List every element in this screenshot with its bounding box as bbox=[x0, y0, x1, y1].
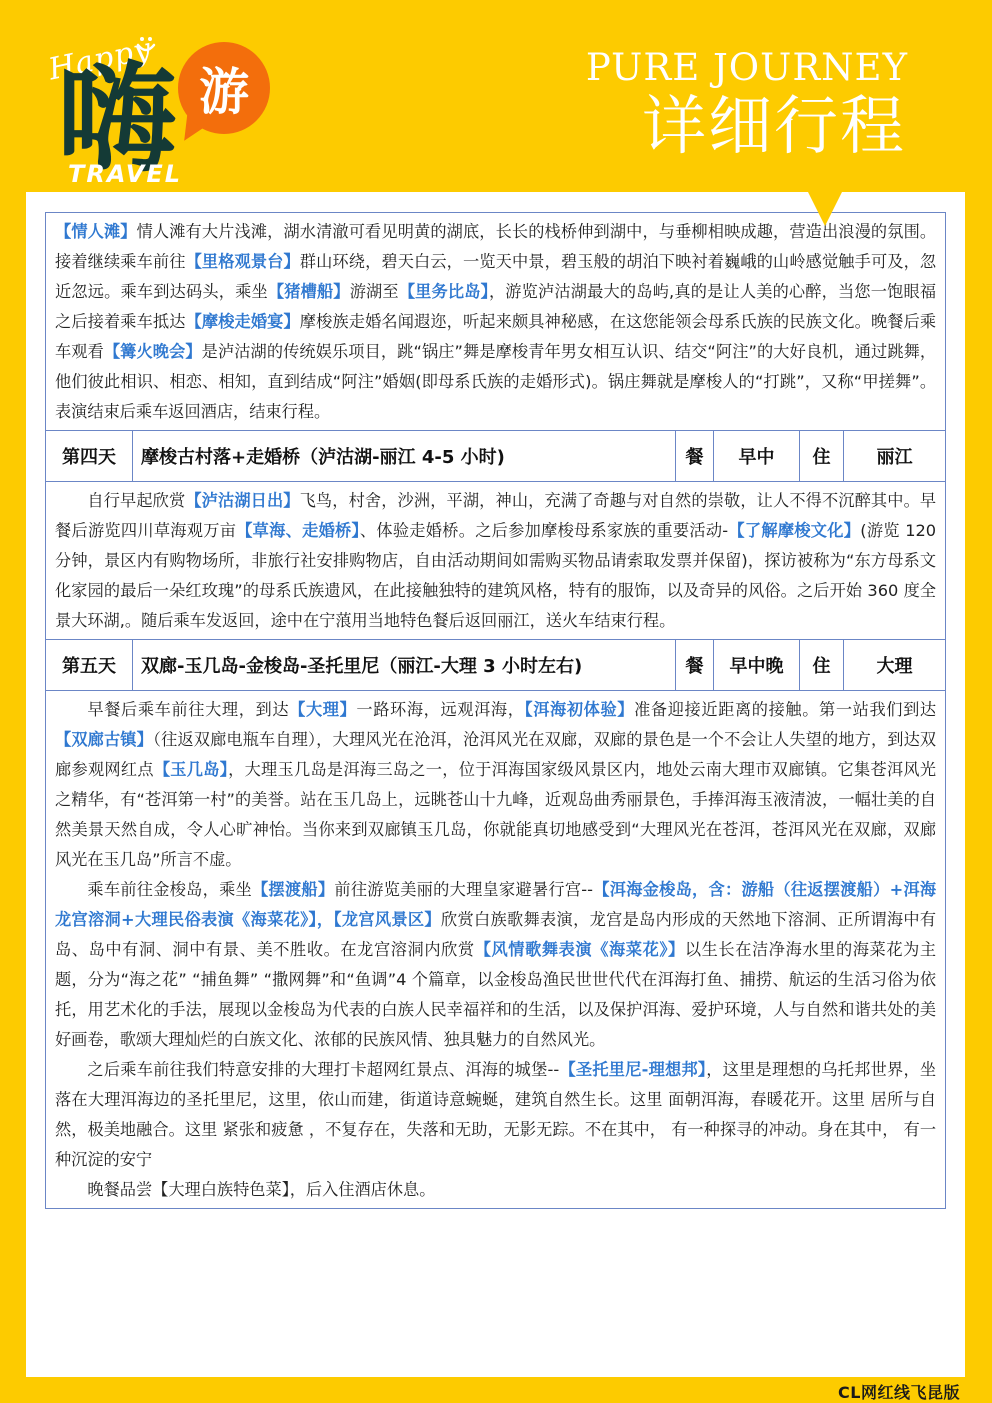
page-title: 详细行程 bbox=[642, 92, 906, 162]
day3-description-row: 【情人滩】情人滩有大片浅滩，湖水清澈可看见明黄的湖底，长长的栈桥伸到湖中，与垂柳… bbox=[46, 213, 946, 431]
day-label: 第五天 bbox=[46, 640, 133, 691]
highlight-attraction: 【泸沽湖日出】 bbox=[185, 491, 299, 510]
meal-label: 餐 bbox=[676, 431, 714, 482]
paragraph: 自行早起欣赏【泸沽湖日出】飞鸟，村舍，沙洲，平湖，神山，充满了奇趣与对自然的崇敬… bbox=[55, 486, 936, 636]
highlight-attraction: 【风情歌舞表演《海菜花》】 bbox=[475, 940, 685, 959]
itinerary-table: 【情人滩】情人滩有大片浅滩，湖水清澈可看见明黄的湖底，长长的栈桥伸到湖中，与垂柳… bbox=[45, 212, 946, 1209]
paragraph: 晚餐品尝【大理白族特色菜】，后入住酒店休息。 bbox=[55, 1175, 936, 1205]
paragraph: 之后乘车前往我们特意安排的大理打卡超网红景点、洱海的城堡--【圣托里尼-理想邦】… bbox=[55, 1055, 936, 1175]
paragraph: 【情人滩】情人滩有大片浅滩，湖水清澈可看见明黄的湖底，长长的栈桥伸到湖中，与垂柳… bbox=[55, 217, 936, 427]
highlight-attraction: 【摩梭走婚宴】 bbox=[186, 312, 300, 331]
day-header-row: 第四天 摩梭古村落+走婚桥（泸沽湖-丽江 4-5 小时) 餐 早中 住 丽江 bbox=[46, 431, 946, 482]
highlight-attraction: 【圣托里尼-理想邦】 bbox=[559, 1060, 706, 1079]
highlight-attraction: 【大理】 bbox=[289, 700, 356, 719]
stay-label: 住 bbox=[800, 431, 844, 482]
body-text: 晚餐品尝【大理白族特色菜】，后入住酒店休息。 bbox=[87, 1180, 435, 1199]
day-description-row: 早餐后乘车前往大理，到达【大理】一路环海，远观洱海，【洱海初体验】准备迎接近距离… bbox=[46, 691, 946, 1209]
body-text: 乘车前往金梭岛，乘坐 bbox=[87, 880, 252, 899]
highlight-attraction: 【里格观景台】 bbox=[186, 252, 300, 271]
body-text: 游湖至 bbox=[350, 282, 399, 301]
highlight-attraction: 【篝火晚会】 bbox=[104, 342, 202, 361]
body-text: 、体验走婚桥。之后参加摩梭母系家族的重要活动- bbox=[360, 521, 728, 540]
body-text: 之后乘车前往我们特意安排的大理打卡超网红景点、洱海的城堡-- bbox=[87, 1060, 559, 1079]
highlight-attraction: 【洱海初体验】 bbox=[525, 700, 635, 719]
day5-description: 早餐后乘车前往大理，到达【大理】一路环海，远观洱海，【洱海初体验】准备迎接近距离… bbox=[46, 691, 946, 1209]
highlight-attraction: 【情人滩】 bbox=[55, 222, 137, 241]
meal-label: 餐 bbox=[676, 640, 714, 691]
brand-title-en: PURE JOURNEY bbox=[586, 46, 908, 89]
day-description-row: 自行早起欣赏【泸沽湖日出】飞鸟，村舍，沙洲，平湖，神山，充满了奇趣与对自然的崇敬… bbox=[46, 482, 946, 640]
body-text: 早餐后乘车前往大理，到达 bbox=[87, 700, 289, 719]
day-route: 摩梭古村落+走婚桥（泸沽湖-丽江 4-5 小时) bbox=[133, 431, 676, 482]
logo-travel-text: TRAVEL bbox=[68, 160, 182, 188]
stay-value: 丽江 bbox=[844, 431, 946, 482]
highlight-attraction: 【了解摩梭文化】 bbox=[728, 521, 860, 540]
panel-notch-decoration bbox=[808, 192, 842, 226]
highlight-attraction: 【草海、走婚桥】 bbox=[236, 521, 360, 540]
paragraph: 乘车前往金梭岛，乘坐【摆渡船】前往游览美丽的大理皇家避暑行宫--【洱海金梭岛，含… bbox=[55, 875, 936, 1055]
meals-value: 早中晚 bbox=[714, 640, 800, 691]
body-text: 准备迎接近距离的接触。第一站我们到达 bbox=[634, 700, 936, 719]
day3-description: 【情人滩】情人滩有大片浅滩，湖水清澈可看见明黄的湖底，长长的栈桥伸到湖中，与垂柳… bbox=[46, 213, 946, 431]
highlight-attraction: 【玉几岛】 bbox=[154, 760, 228, 779]
highlight-attraction: 【摆渡船】 bbox=[252, 880, 334, 899]
day-label: 第四天 bbox=[46, 431, 133, 482]
highlight-attraction: 【里务比岛】 bbox=[399, 282, 489, 301]
day-header-row: 第五天 双廊-玉几岛-金梭岛-圣托里尼（丽江-大理 3 小时左右) 餐 早中晚 … bbox=[46, 640, 946, 691]
highlight-attraction: 【双廊古镇】 bbox=[55, 730, 153, 749]
stay-label: 住 bbox=[800, 640, 844, 691]
logo-speech-bubble: 游 bbox=[178, 42, 270, 134]
body-text: 一路环海，远观洱海， bbox=[356, 700, 524, 719]
logo-bubble-char: 游 bbox=[199, 52, 249, 124]
meals-value: 早中 bbox=[714, 431, 800, 482]
footer-version-label: CL网红线飞昆版 bbox=[838, 1380, 960, 1403]
highlight-attraction: 【猪槽船】 bbox=[268, 282, 350, 301]
day4-description: 自行早起欣赏【泸沽湖日出】飞鸟，村舍，沙洲，平湖，神山，充满了奇趣与对自然的崇敬… bbox=[46, 482, 946, 640]
body-text: 前往游览美丽的大理皇家避暑行宫-- bbox=[334, 880, 593, 899]
day-route: 双廊-玉几岛-金梭岛-圣托里尼（丽江-大理 3 小时左右) bbox=[133, 640, 676, 691]
paragraph: 早餐后乘车前往大理，到达【大理】一路环海，远观洱海，【洱海初体验】准备迎接近距离… bbox=[55, 695, 936, 875]
body-text: 自行早起欣赏 bbox=[87, 491, 185, 510]
brand-logo: Happy 嗨 游 TRAVEL bbox=[40, 20, 320, 195]
stay-value: 大理 bbox=[844, 640, 946, 691]
